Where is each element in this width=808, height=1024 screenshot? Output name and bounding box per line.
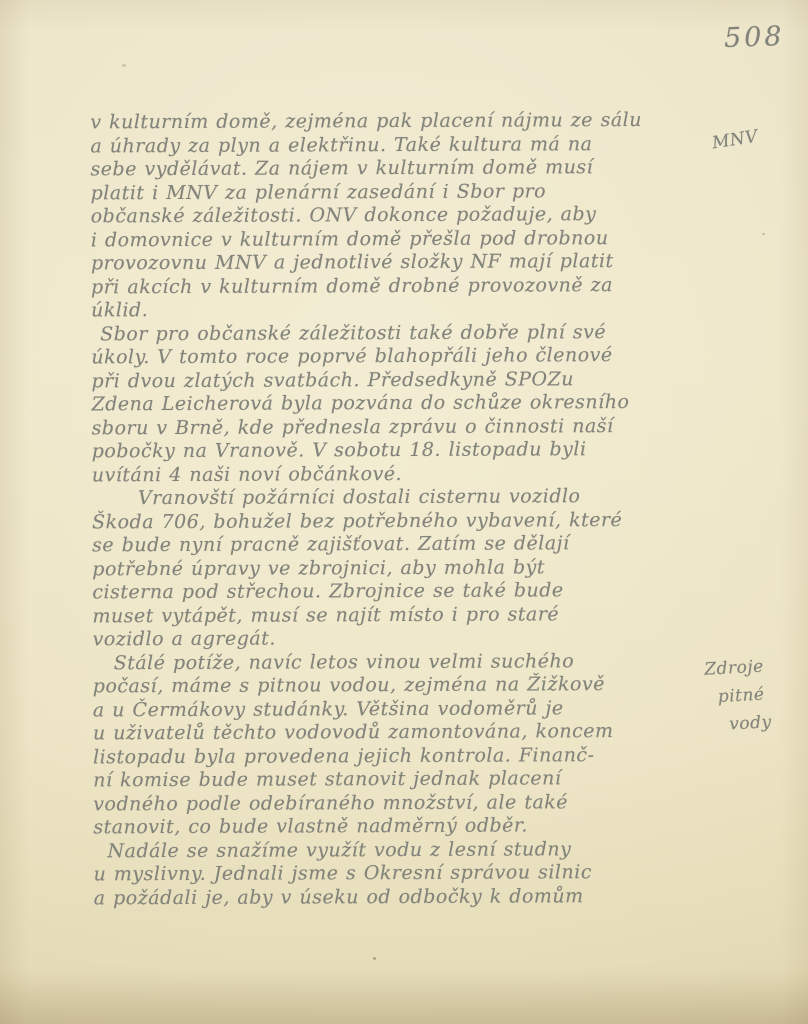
paper-speck	[762, 233, 765, 235]
text-line: občanské záležitosti. ONV dokonce požadu…	[91, 203, 711, 229]
text-line: Škoda 706, bohužel bez potřebného vybave…	[92, 508, 712, 534]
text-line: platit i MNV za plenární zasedání i Sbor…	[91, 179, 711, 205]
text-line: v kulturním domě, zejména pak placení ná…	[90, 109, 710, 135]
text-line: Zdena Leicherová byla pozvána do schůze …	[91, 391, 711, 417]
text-line: Nadále se snažíme využít vodu z lesní st…	[93, 837, 713, 863]
paragraph-kulturni-dum: v kulturním domě, zejména pak placení ná…	[90, 109, 711, 323]
text-line: ní komise bude muset stanovit jednak pla…	[93, 767, 713, 793]
text-line: úkoly. V tomto roce poprvé blahopřáli je…	[91, 344, 711, 370]
text-line: sebe vydělávat. Za nájem v kulturním dom…	[90, 156, 710, 182]
text-line: Vranovští požárníci dostali cisternu voz…	[92, 485, 712, 511]
text-line: počasí, máme s pitnou vodou, zejména na …	[93, 673, 713, 699]
text-line: vodného podle odebíraného množství, ale …	[93, 790, 713, 816]
page-number: 508	[723, 21, 785, 54]
text-line: uvítáni 4 naši noví občánkové.	[92, 461, 712, 487]
margin-note-mnv: MNV	[711, 127, 760, 154]
text-line: při dvou zlatých svatbách. Předsedkyně S…	[91, 367, 711, 393]
scanned-chronicle-page: 508 MNV v kulturním domě, zejména pak pl…	[0, 0, 808, 1024]
text-line: a požádali je, aby v úseku od odbočky k …	[94, 884, 714, 910]
margin-note-water-sources: Zdroje pitné vody	[704, 656, 773, 743]
margin-note-line: Zdroje	[704, 656, 770, 687]
text-line: cisterna pod střechou. Zbrojnice se také…	[92, 579, 712, 605]
paragraph-sbor-obcanske-zalezitosti: Sbor pro občanské záležitosti také dobře…	[91, 320, 712, 487]
paper-speck	[373, 957, 376, 960]
paragraph-pozarnici: Vranovští požárníci dostali cisternu voz…	[92, 485, 713, 652]
paragraph-pitna-voda: Stálé potíže, navíc letos vinou velmi su…	[93, 649, 714, 840]
text-line: se bude nyní pracně zajišťovat. Zatím se…	[92, 532, 712, 558]
margin-note-line: pitné	[705, 684, 771, 715]
text-line: pobočky na Vranově. V sobotu 18. listopa…	[92, 438, 712, 464]
handwritten-body: v kulturním domě, zejména pak placení ná…	[90, 109, 713, 911]
text-line: potřebné úpravy ve zbrojnici, aby mohla …	[92, 555, 712, 581]
text-line: u myslivny. Jednali jsme s Okresní správ…	[94, 861, 714, 887]
text-line: provozovnu MNV a jednotlivé složky NF ma…	[91, 250, 711, 276]
text-line: vozidlo a agregát.	[93, 626, 713, 652]
text-line: sboru v Brně, kde přednesla zprávu o čin…	[92, 414, 712, 440]
text-line: i domovnice v kulturním domě přešla pod …	[91, 226, 711, 252]
text-line: listopadu byla provedena jejich kontrola…	[93, 743, 713, 769]
text-line: u uživatelů těchto vodovodů zamontována,…	[93, 720, 713, 746]
text-line: Stálé potíže, navíc letos vinou velmi su…	[93, 649, 713, 675]
text-line: muset vytápět, musí se najít místo i pro…	[92, 602, 712, 628]
text-line: a úhrady za plyn a elektřinu. Také kultu…	[90, 132, 710, 158]
margin-note-line: vody	[707, 712, 773, 743]
paragraph-lesni-studna: Nadále se snažíme využít vodu z lesní st…	[93, 837, 713, 910]
paper-speck	[122, 64, 126, 67]
text-line: Sbor pro občanské záležitosti také dobře…	[91, 320, 711, 346]
text-line: a u Čermákovy studánky. Většina vodoměrů…	[93, 696, 713, 722]
text-line: úklid.	[91, 297, 711, 323]
text-line: stanovit, co bude vlastně nadměrný odběr…	[93, 814, 713, 840]
text-line: při akcích v kulturním domě drobné provo…	[91, 273, 711, 299]
